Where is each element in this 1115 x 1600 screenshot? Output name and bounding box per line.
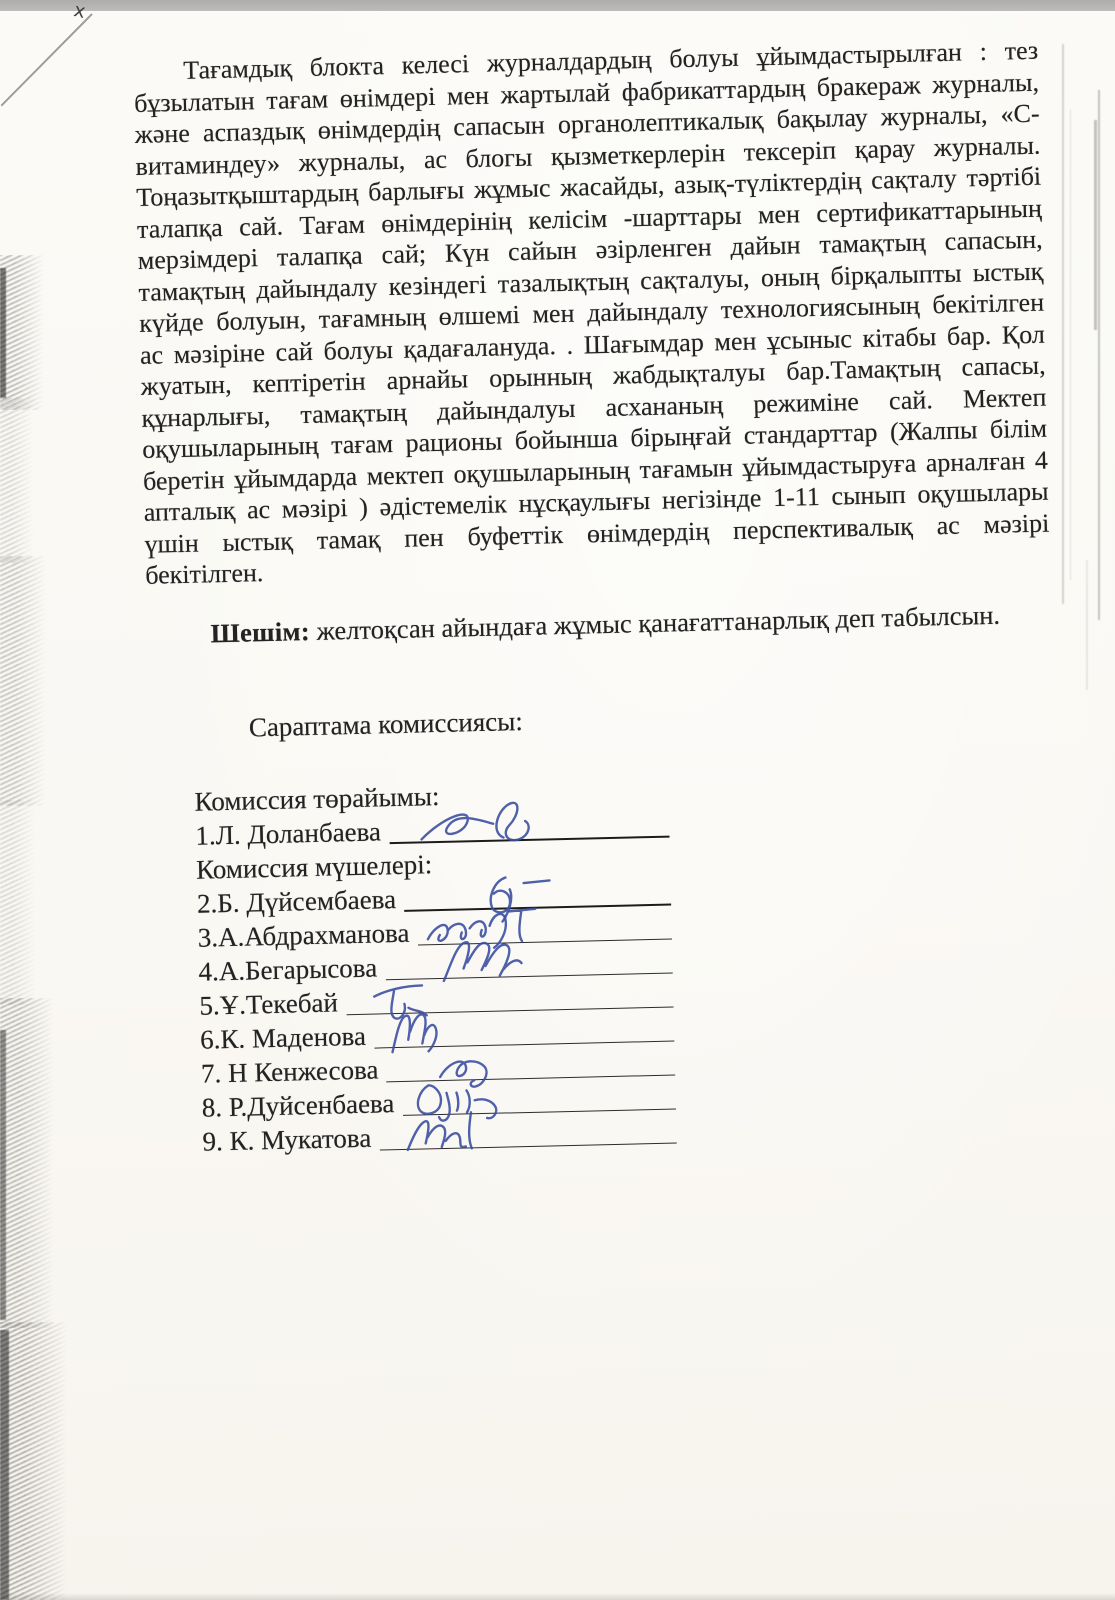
signatory-name: 8. Р.Дуйсенбаева (201, 1086, 394, 1125)
scanner-smudge (0, 398, 34, 563)
signatory-name: 6.К. Маденова (200, 1018, 367, 1056)
commission-heading: Сараптама комиссиясы: (248, 693, 1054, 743)
signatory-name: 5.Ұ.Текебай (199, 985, 338, 1022)
signatory-name: 3.А.Абдрахманова (197, 915, 409, 954)
scanner-smudge (0, 255, 44, 410)
signature-line (379, 1113, 677, 1154)
scanner-smudge (0, 800, 36, 1005)
main-paragraph: Тағамдық блокта келесі журналдардың болу… (133, 35, 1050, 592)
decision-label: Шешім: (210, 615, 310, 647)
document-content: Тағамдық блокта келесі журналдардың болу… (133, 35, 1064, 1160)
scanner-streak (1086, 560, 1088, 690)
signatory-name: 2.Б. Дүйсембаева (197, 882, 397, 921)
decision-text: желтоқсан айындаға жұмыс қанағаттанарлық… (310, 599, 1001, 645)
paper-crease-line (1, 13, 93, 106)
scanned-document-page: х Тағамдық блокта келесі журналдардың бо… (0, 0, 1115, 1600)
scanner-smudge (0, 1322, 68, 1600)
scanner-smudge (0, 998, 54, 1328)
scanner-smudge (0, 556, 46, 806)
members-label: Комиссия мүшелері: (196, 847, 433, 887)
scanner-streak (1094, 120, 1097, 330)
signatory-name: 7. Н Кенжесова (201, 1052, 379, 1090)
signatory-name: 9. К. Мукатова (202, 1120, 371, 1158)
scanner-streak (1098, 90, 1100, 620)
signatory-name: 4.А.Бегарысова (198, 950, 377, 988)
scanner-edge-bottom (0, 1593, 1115, 1600)
scanner-streak (1062, 44, 1064, 604)
signature-list: Комиссия төрайымы: 1.Л. Доланбаева Комис… (194, 773, 677, 1158)
signatory-name: 1.Л. Доланбаева (195, 814, 381, 852)
scanner-smudge (0, 268, 6, 398)
scanner-streak (1070, 110, 1071, 580)
scanner-smudge (0, 1330, 9, 1600)
scanner-edge-top (0, 0, 1115, 11)
chair-label: Комиссия төрайымы: (194, 778, 440, 818)
decision-line: Шешім: желтоқсан айындаға жұмыс қанағатт… (146, 597, 1052, 650)
scanner-smudge (0, 1030, 6, 1320)
